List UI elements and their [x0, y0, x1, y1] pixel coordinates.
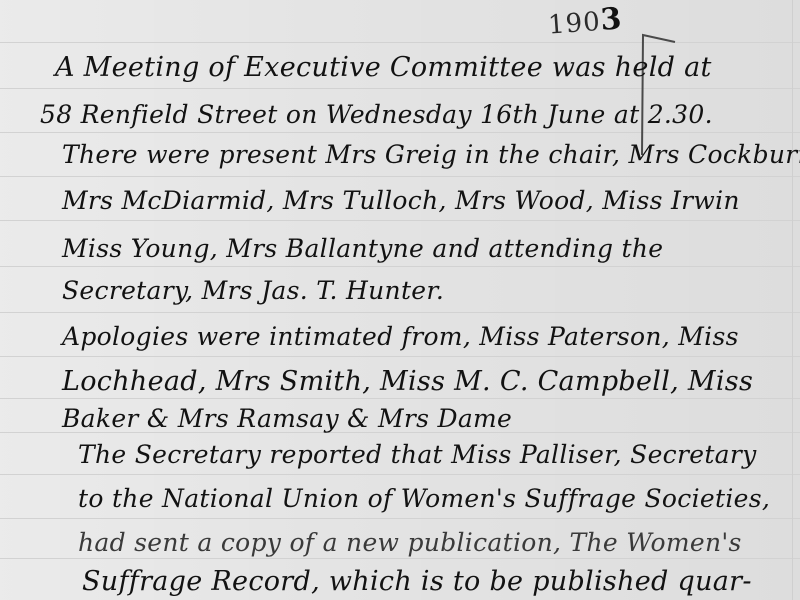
scanned-document-page: 1903 A Meeting of Executive Committee wa…: [0, 0, 800, 600]
ruled-line: [0, 88, 800, 89]
handwritten-line: Baker & Mrs Ramsay & Mrs Dame: [62, 404, 512, 433]
year-annotation-overwrite: 3: [599, 1, 623, 37]
handwritten-line: Lochhead, Mrs Smith, Miss M. C. Campbell…: [62, 366, 753, 397]
year-annotation: 1903: [547, 1, 624, 41]
ruled-line: [0, 132, 800, 133]
ruled-line: [0, 398, 800, 399]
handwritten-line: The Secretary reported that Miss Pallise…: [78, 440, 757, 469]
handwritten-line: Apologies were intimated from, Miss Pate…: [62, 322, 739, 351]
handwritten-line: Mrs McDiarmid, Mrs Tulloch, Mrs Wood, Mi…: [62, 186, 740, 215]
ruled-line: [0, 176, 800, 177]
page-margin-line: [792, 0, 793, 600]
handwritten-line: had sent a copy of a new publication, Th…: [78, 528, 742, 557]
ruled-line: [0, 220, 800, 221]
year-annotation-base: 190: [547, 7, 602, 41]
handwritten-line: to the National Union of Women's Suffrag…: [78, 484, 770, 513]
ruled-line: [0, 42, 800, 43]
handwritten-line: Miss Young, Mrs Ballantyne and attending…: [62, 234, 663, 263]
ruled-line: [0, 356, 800, 357]
ruled-line: [0, 266, 800, 267]
ruled-line: [0, 474, 800, 475]
handwritten-line: There were present Mrs Greig in the chai…: [62, 140, 800, 169]
handwritten-line: 58 Renfield Street on Wednesday 16th Jun…: [40, 100, 713, 129]
ruled-line: [0, 558, 800, 559]
ruled-line: [0, 518, 800, 519]
ruled-line: [0, 312, 800, 313]
handwritten-line: Suffrage Record, which is to be publishe…: [82, 566, 752, 597]
handwritten-line: Secretary, Mrs Jas. T. Hunter.: [62, 276, 444, 305]
handwritten-line: A Meeting of Executive Committee was hel…: [55, 52, 712, 83]
